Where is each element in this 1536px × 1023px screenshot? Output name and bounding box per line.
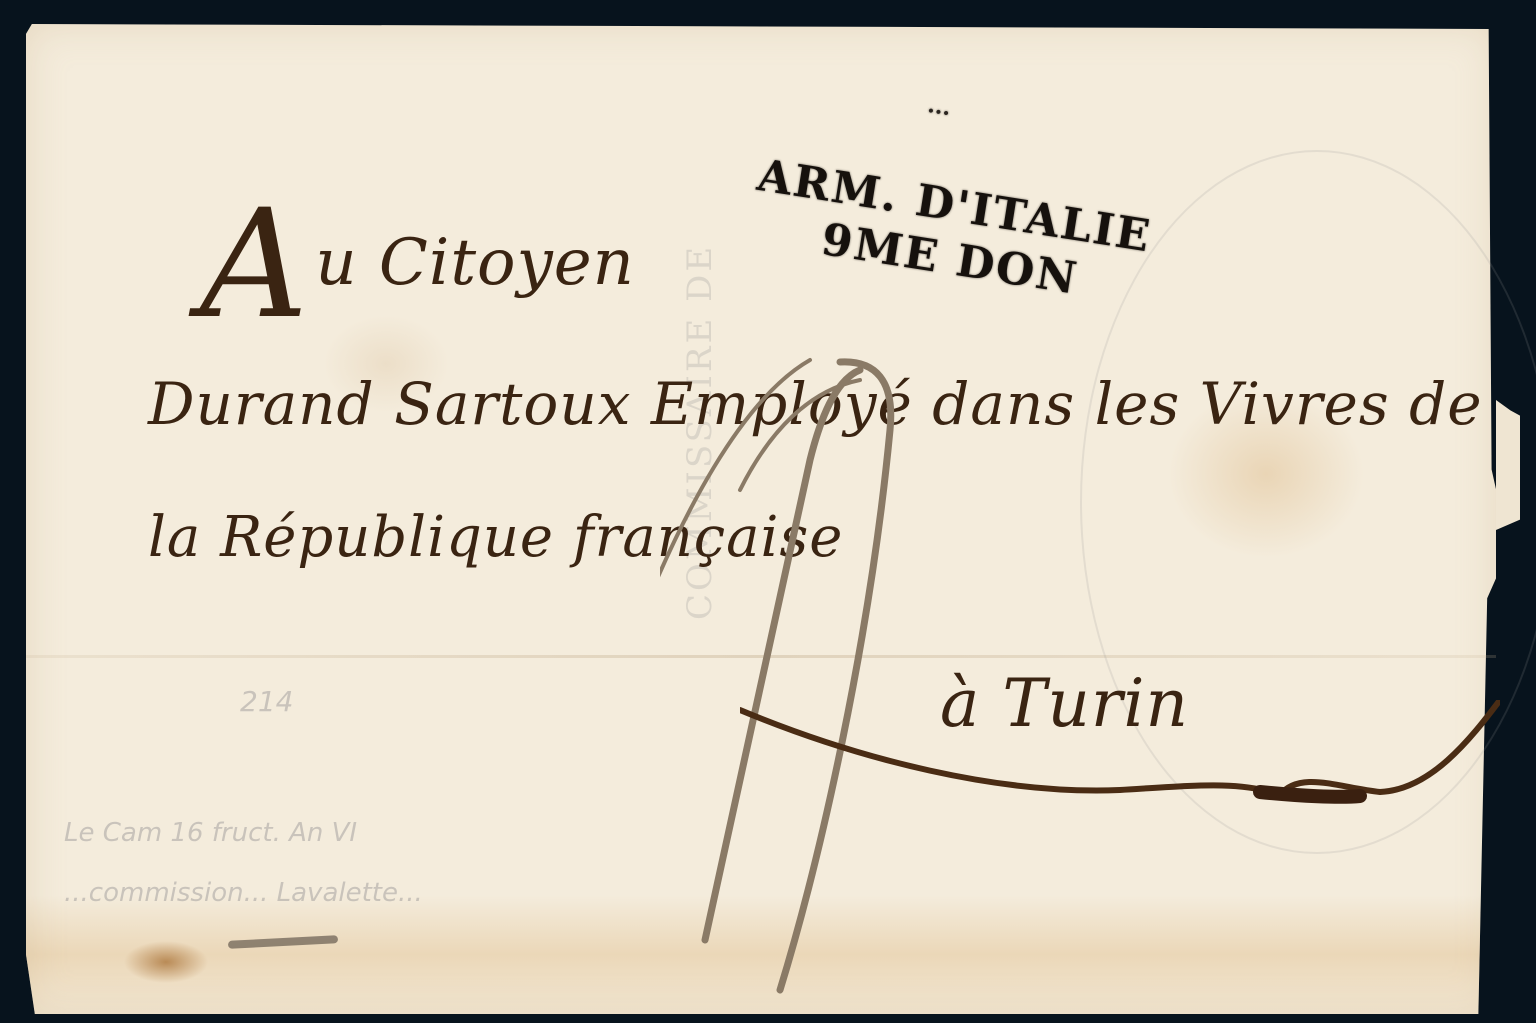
salutation-initial: A [200,178,309,352]
destination-flourish [740,700,1500,820]
salutation-rest: u Citoyen [315,226,635,300]
pencil-note-extra: ...commission... Lavalette... [64,878,423,908]
pencil-note-date: Le Cam 16 fruct. An VI [64,818,357,848]
address-salutation: Au Citoyen [200,190,635,340]
photo-stage: COMMISSAIRE DE ... ARM. D'ITALIE 9ME DON… [0,0,1536,1023]
pencil-note-number: 214 [240,685,293,718]
postmark-partial: ... [926,92,953,121]
rate-marking-11 [660,340,920,1000]
